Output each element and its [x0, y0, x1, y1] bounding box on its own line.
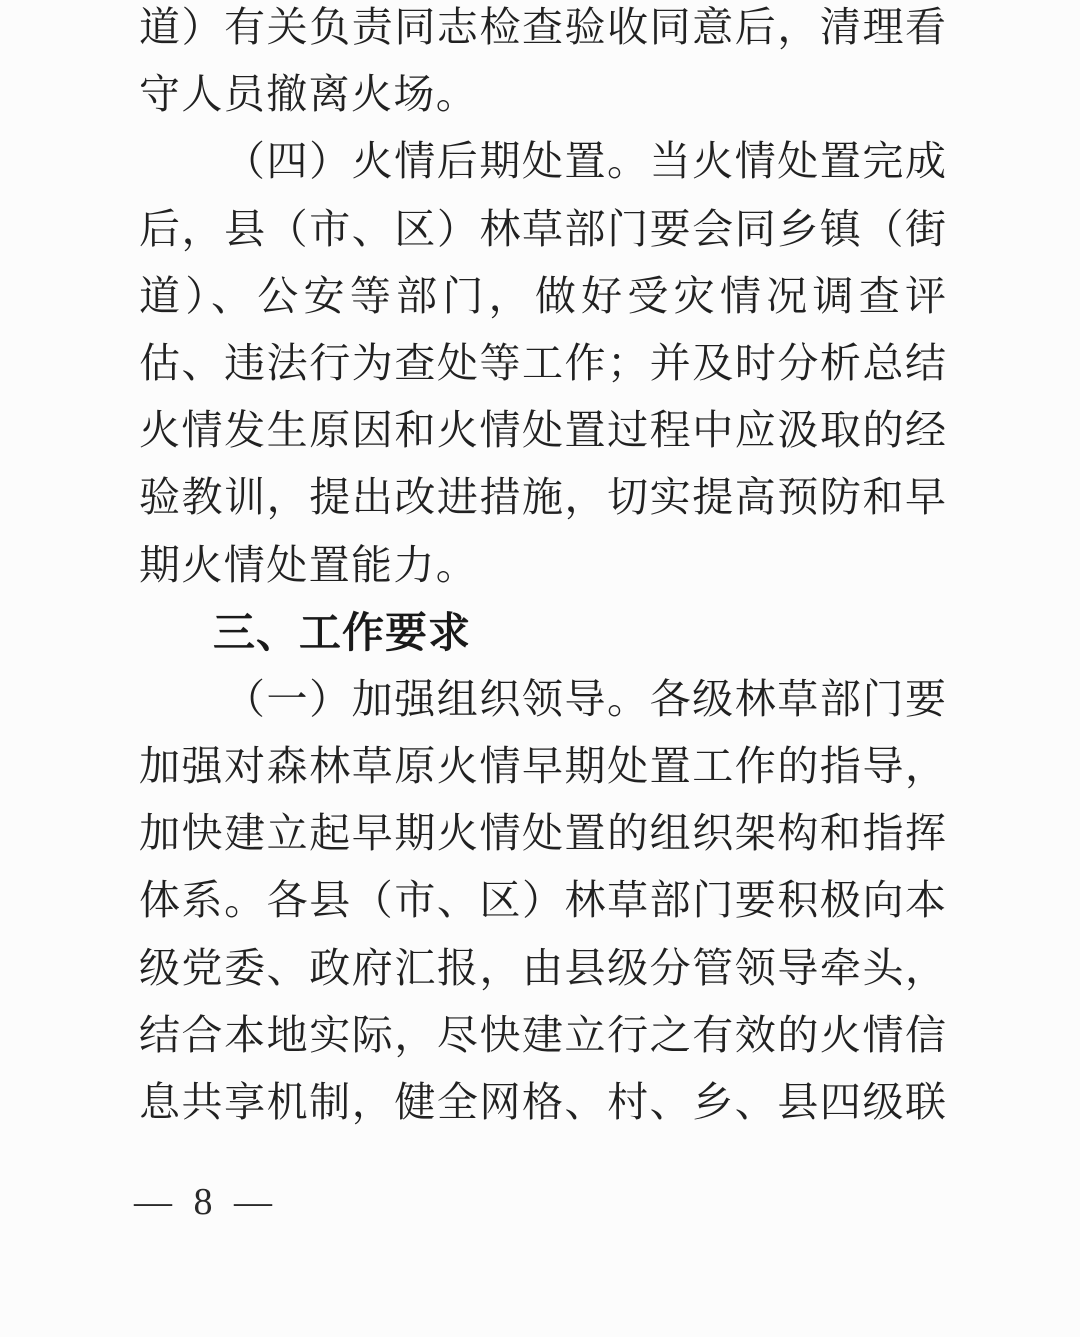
body-line-13: 加快建立起早期火情处置的组织架构和指挥 — [139, 800, 946, 867]
body-line-12: 加强对森林草原火情早期处置工作的指导， — [139, 733, 946, 800]
paragraph-1-start-line: （一）加强组织领导。各级林草部门要 — [139, 666, 946, 733]
body-line-05: 道）、公安等部门，做好受灾情况调查评 — [139, 263, 946, 330]
document-body: 道）有关负责同志检查验收同意后，清理看 守人员撤离火场。 （四）火情后期处置。当… — [139, 0, 946, 1136]
body-line-09: 期火情处置能力。 — [139, 532, 946, 599]
body-line-08: 验教训，提出改进措施，切实提高预防和早 — [139, 464, 946, 531]
paragraph-4-start-line: （四）火情后期处置。当火情处置完成 — [139, 128, 946, 195]
body-line-15: 级党委、政府汇报，由县级分管领导牵头， — [139, 935, 946, 1002]
page-number: — 8 — — [134, 1180, 278, 1224]
body-line-14: 体系。各县（市、区）林草部门要积极向本 — [139, 867, 946, 934]
body-line-06: 估、违法行为查处等工作；并及时分析总结 — [139, 330, 946, 397]
body-line-07: 火情发生原因和火情处置过程中应汲取的经 — [139, 397, 946, 464]
body-line-01: 道）有关负责同志检查验收同意后，清理看 — [139, 0, 946, 61]
body-line-02: 守人员撤离火场。 — [139, 61, 946, 128]
body-line-16: 结合本地实际，尽快建立行之有效的火情信 — [139, 1002, 946, 1069]
body-line-17: 息共享机制，健全网格、村、乡、县四级联 — [139, 1069, 946, 1136]
document-page: 道）有关负责同志检查验收同意后，清理看 守人员撤离火场。 （四）火情后期处置。当… — [0, 0, 1080, 1337]
section-heading-work-requirements: 三、工作要求 — [139, 599, 946, 666]
body-line-04: 后，县（市、区）林草部门要会同乡镇（街 — [139, 196, 946, 263]
